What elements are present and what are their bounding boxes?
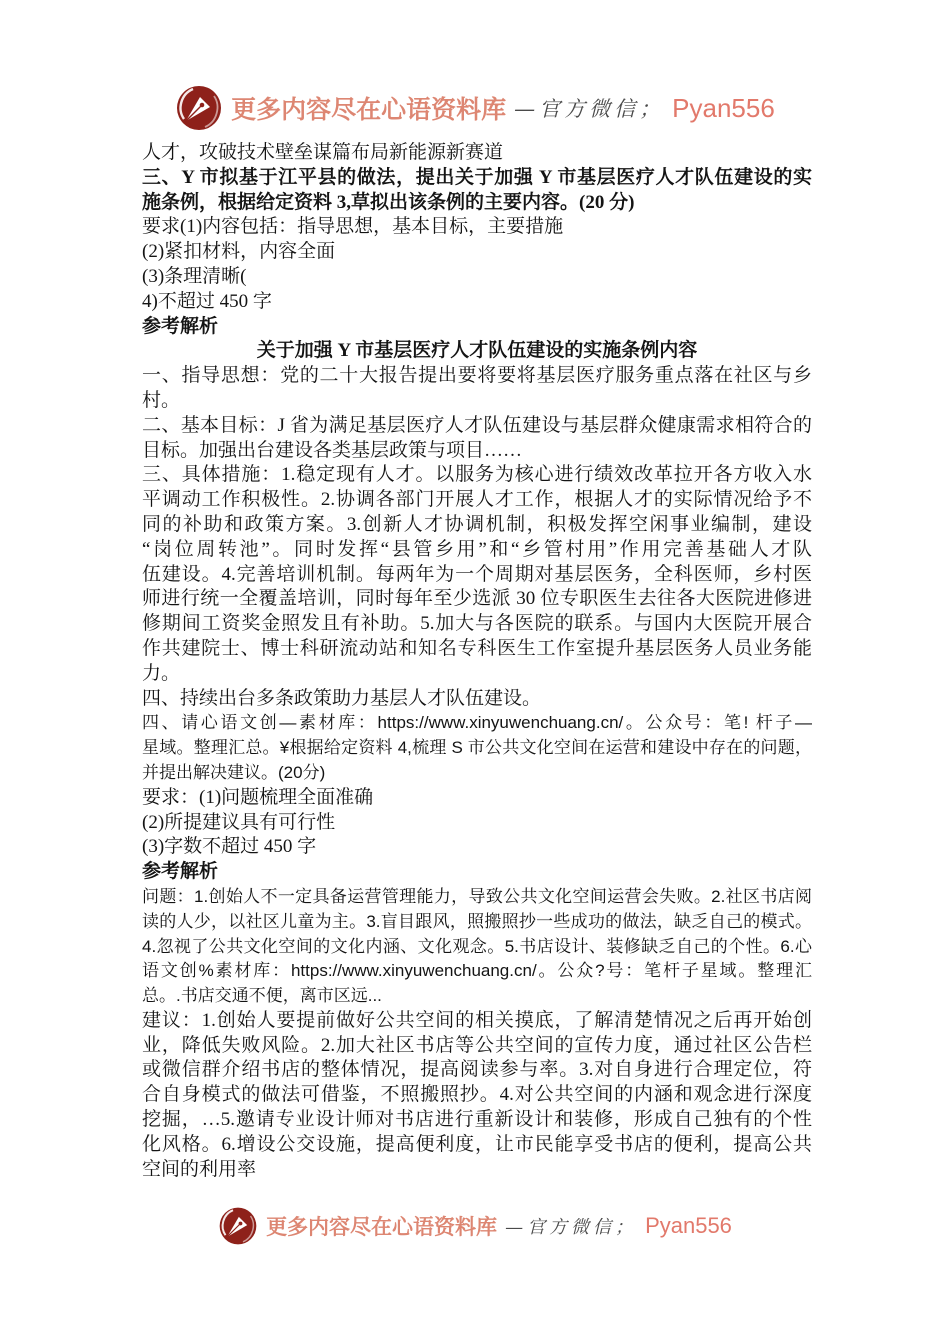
text-line: (2)所提建议具有可行性	[142, 811, 812, 836]
brand-title: 更多内容尽在心语资料库	[231, 90, 506, 126]
text-line: 三、Y 市拟基于江平县的做法，提出关于加强 Y 市基层医疗人才队伍建设的实	[142, 166, 812, 191]
text-line: 化风格。6.增设公交设施，提高便利度，让市民能享受书店的便利，提高公共	[142, 1133, 812, 1158]
text-line: 二、基本目标：J 省为满足基层医疗人才队伍建设与基层群众健康需求相符合的	[142, 414, 812, 439]
text-line: 平调动工作积极性。2.协调各部门开展人才工作，根据人才的实际情况给予不	[142, 488, 812, 513]
text-line: 人才，攻破技术壁垒谋篇布局新能源新赛道	[142, 141, 812, 166]
text-line: 语文创%素材库：https://www.xinyuwenchuang.cn/。公…	[142, 959, 812, 984]
text-line: 修期间工资奖金照发且有补助。5.加大与各医院的联系。与国内大医院开展合	[142, 612, 812, 637]
text-line: 挖掘，…5.邀请专业设计师对书店进行重新设计和装修，形成自己独有的个性	[142, 1108, 812, 1133]
text-line: 合自身模式的做法可借鉴，不照搬照抄。4.对公共空间的内涵和观念进行深度	[142, 1083, 812, 1108]
text-line: (3)字数不超过 450 字	[142, 835, 812, 860]
text-line: 四、请心语文创—素材库：https://www.xinyuwenchuang.c…	[142, 711, 812, 736]
text-line: 4.忽视了公共文化空间的文化内涵、文化观念。5.书店设计、装修缺乏自己的个性。6…	[142, 935, 812, 960]
text-line: 施条例，根据给定资料 3,草拟出该条例的主要内容。(20 分)	[142, 191, 812, 216]
wechat-label: —官方微信；	[505, 1213, 637, 1239]
text-line: 业，降低失败风险。2.加大社区书店等公共空间的宣传力度，通过社区公告栏	[142, 1034, 812, 1059]
text-line: (2)紧扣材料，内容全面	[142, 240, 812, 265]
pen-nib-swirl-icon	[175, 84, 223, 132]
text-line: 关于加强 Y 市基层医疗人才队伍建设的实施条例内容	[142, 339, 812, 364]
text-line: 或微信群介绍书店的整体情况，提高阅读参与率。3.对自身进行合理定位，符	[142, 1058, 812, 1083]
text-line: 问题：1.创始人不一定具备运营管理能力，导致公共文化空间运营会失败。2.社区书店…	[142, 885, 812, 910]
text-line: 师进行统一全覆盖培训，同时每年至少选派 30 位专职医生去往各大医院进修进	[142, 587, 812, 612]
text-line: 4)不超过 450 字	[142, 290, 812, 315]
pen-nib-swirl-icon	[218, 1206, 258, 1246]
text-line: 三、具体措施：1.稳定现有人才。以服务为核心进行绩效改革拉开各方收入水	[142, 463, 812, 488]
footer-branding: 更多内容尽在心语资料库 —官方微信； Pyan556	[0, 1206, 950, 1246]
text-line: 读的人少，以社区儿童为主。3.盲目跟风，照搬照抄一些成功的做法，缺乏自己的模式。	[142, 910, 812, 935]
text-line: 目标。加强出台建设各类基层政策与项目……	[142, 439, 812, 464]
text-line: 参考解析	[142, 860, 812, 885]
text-line: 建议：1.创始人要提前做好公共空间的相关摸底，了解清楚情况之后再开始创	[142, 1009, 812, 1034]
text-line: 参考解析	[142, 315, 812, 340]
text-line: 同的补助和政策方案。3.创新人才协调机制，积极发挥空闲事业编制，建设	[142, 513, 812, 538]
text-line: 并提出解决建议。(20分)	[142, 761, 812, 786]
text-line: 要求：(1)问题梳理全面准确	[142, 786, 812, 811]
brand-title: 更多内容尽在心语资料库	[266, 1211, 497, 1241]
text-line: 四、持续出台多条政策助力基层人才队伍建设。	[142, 687, 812, 712]
text-line: 星域。整理汇总。¥根据给定资料 4,梳理 S 市公共文化空间在运营和建设中存在的…	[142, 736, 812, 761]
text-line: 力。	[142, 662, 812, 687]
text-line: “岗位周转池”。同时发挥“县管乡用”和“乡管村用”作用完善基础人才队	[142, 538, 812, 563]
text-line: (3)条理清晰(	[142, 265, 812, 290]
header-branding: 更多内容尽在心语资料库 —官方微信； Pyan556	[0, 84, 950, 132]
text-line: 要求(1)内容包括：指导思想，基本目标，主要措施	[142, 215, 812, 240]
wechat-label: —官方微信；	[514, 93, 664, 123]
document-page: 更多内容尽在心语资料库 —官方微信； Pyan556 人才，攻破技术壁垒谋篇布局…	[0, 0, 950, 1344]
text-line: 伍建设。4.完善培训机制。每两年为一个周期对基层医务，全科医师，乡村医	[142, 563, 812, 588]
text-line: 总。.书店交通不便，离市区远...	[142, 984, 812, 1009]
text-line: 村。	[142, 389, 812, 414]
text-line: 空间的利用率	[142, 1158, 812, 1183]
document-body: 人才，攻破技术壁垒谋篇布局新能源新赛道三、Y 市拟基于江平县的做法，提出关于加强…	[142, 141, 812, 1182]
wechat-account: Pyan556	[672, 93, 775, 124]
wechat-account: Pyan556	[645, 1213, 732, 1239]
text-line: 作共建院士、博士科研流动站和知名专科医生工作室提升基层医务人员业务能	[142, 637, 812, 662]
text-line: 一、指导思想：党的二十大报告提出要将要将基层医疗服务重点落在社区与乡	[142, 364, 812, 389]
